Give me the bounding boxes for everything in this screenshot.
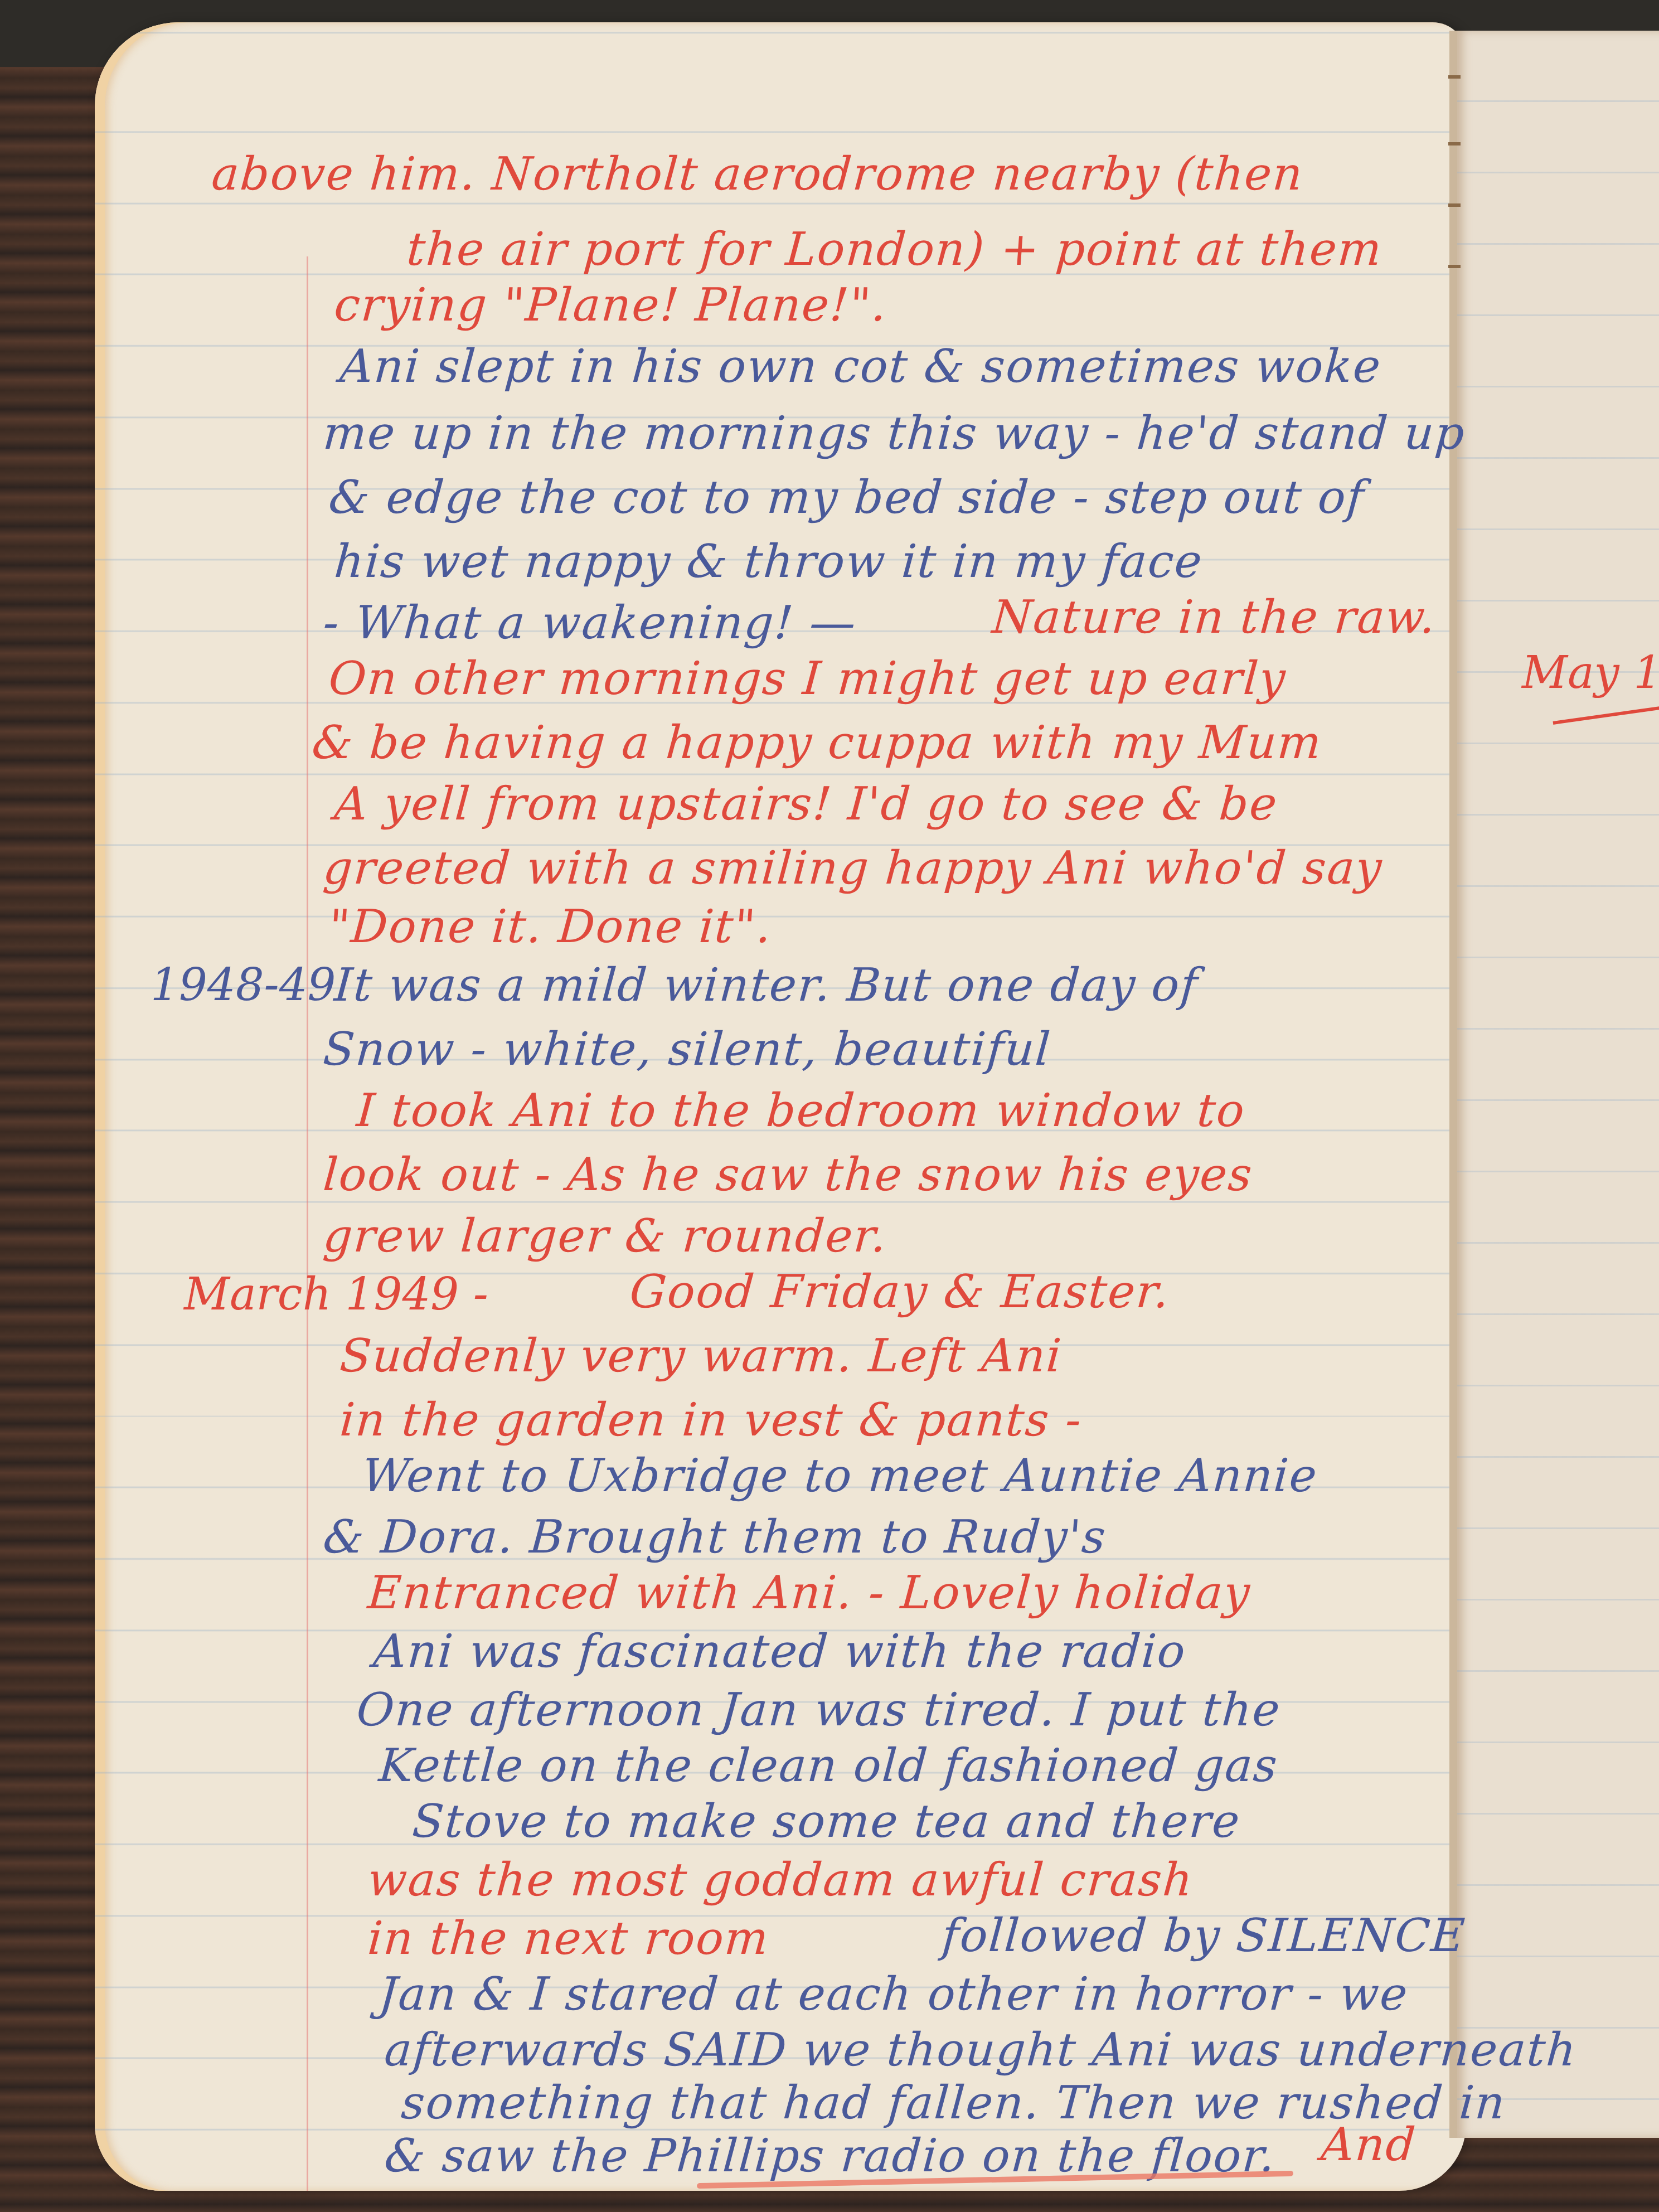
- text-line: followed by SILENCE: [940, 1909, 1468, 1962]
- text-line: - What a wakening! —: [322, 596, 858, 649]
- text-line: & edge the cot to my bed side - step out…: [327, 471, 1367, 524]
- text-line: greeted with a smiling happy Ani who'd s…: [322, 842, 1385, 895]
- text-line: grew larger & rounder.: [322, 1210, 889, 1263]
- text-line: afterwards SAID we thought Ani was under…: [383, 2024, 1579, 2077]
- text-line: & be having a happy cuppa with my Mum: [311, 716, 1324, 769]
- margin-line: [307, 256, 308, 2191]
- right-margin-date: May 194: [1522, 647, 1659, 698]
- text-line: Kettle on the clean old fashioned gas: [377, 1739, 1280, 1792]
- text-line: Jan & I stared at each other in horror -…: [377, 1968, 1410, 2021]
- text-line: Went to Uxbridge to meet Auntie Annie: [361, 1449, 1320, 1502]
- text-line: was the most goddam awful crash: [366, 1854, 1195, 1907]
- margin-date: 1948-49: [151, 959, 336, 1011]
- text-line: Snow - white, silent, beautiful: [322, 1023, 1053, 1076]
- ruled-lines-right: [1457, 31, 1659, 2138]
- text-line: Entranced with Ani. - Lovely holiday: [366, 1566, 1253, 1619]
- text-line: On other mornings I might get up early: [327, 652, 1288, 705]
- text-line: "Done it. Done it".: [327, 900, 774, 953]
- text-line: me up in the mornings this way - he'd st…: [322, 407, 1467, 460]
- text-line: Ani slept in his own cot & sometimes wok…: [338, 340, 1384, 393]
- text-line: in the next room: [366, 1912, 771, 1965]
- text-line: It was a mild winter. But one day of: [333, 959, 1200, 1012]
- text-line: look out - As he saw the snow his eyes: [322, 1148, 1255, 1201]
- text-line: Stove to make some tea and there: [411, 1795, 1243, 1848]
- text-line: Nature in the raw.: [991, 591, 1438, 644]
- text-line: crying "Plane! Plane!".: [333, 279, 889, 332]
- text-line: Suddenly very warm. Left Ani: [338, 1330, 1064, 1382]
- margin-date: March 1949 -: [184, 1268, 488, 1320]
- text-line: One afternoon Jan was tired. I put the: [355, 1684, 1283, 1736]
- binding-stitch: [1448, 265, 1461, 268]
- binding-stitch: [1448, 75, 1461, 79]
- notebook-right-page: [1449, 31, 1659, 2138]
- text-line: in the garden in vest & pants -: [338, 1394, 1084, 1447]
- text-line: I took Ani to the bedroom window to: [355, 1084, 1248, 1137]
- text-line: And: [1320, 2118, 1418, 2171]
- text-line: Ani was fascinated with the radio: [372, 1625, 1188, 1678]
- text-line: the air port for London) + point at them: [405, 223, 1384, 276]
- binding-stitch: [1448, 203, 1461, 207]
- binding-stitch: [1448, 142, 1461, 145]
- text-line: A yell from upstairs! I'd go to see & be: [333, 778, 1280, 831]
- text-line: his wet nappy & throw it in my face: [333, 535, 1205, 588]
- text-line: above him. Northolt aerodrome nearby (th…: [210, 148, 1306, 201]
- text-line: Good Friday & Easter.: [628, 1265, 1172, 1318]
- text-line: & Dora. Brought them to Rudy's: [322, 1511, 1108, 1564]
